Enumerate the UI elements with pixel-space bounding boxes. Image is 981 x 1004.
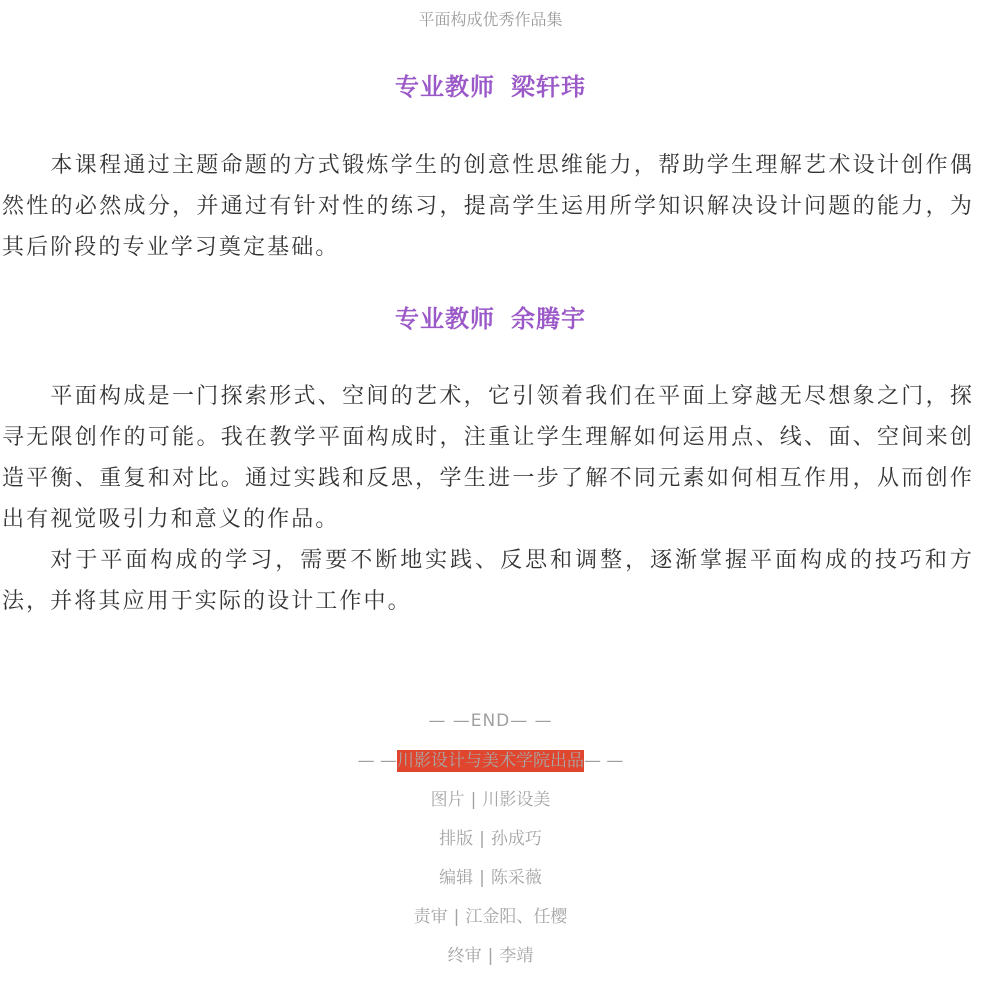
credit-separator: |	[482, 946, 500, 966]
credit-separator: |	[448, 907, 466, 927]
credit-line-editor: 编辑|陈采薇	[0, 866, 981, 890]
produced-suffix-dashes: — —	[584, 751, 623, 771]
credit-names: 孙成巧	[491, 829, 542, 849]
section-2-paragraph-2: 对于平面构成的学习，需要不断地实践、反思和调整，逐渐掌握平面构成的技巧和方法，并…	[2, 540, 974, 622]
heading-role: 专业教师	[395, 305, 495, 333]
credit-line-reviewer: 责审|江金阳、任樱	[0, 905, 981, 929]
credit-role: 责审	[414, 907, 448, 927]
section-2-paragraph-1: 平面构成是一门探索形式、空间的艺术，它引领着我们在平面上穿越无尽想象之门，探寻无…	[2, 376, 974, 540]
credit-line-final-reviewer: 终审|李靖	[0, 944, 981, 968]
produced-prefix-dashes: — —	[358, 751, 397, 771]
credit-names: 川影设美	[482, 790, 550, 810]
section-2-heading-wrap: 专业教师余腾宇	[0, 303, 981, 335]
credit-names: 江金阳、任樱	[465, 907, 567, 927]
section-1-heading: 专业教师梁轩玮	[391, 71, 590, 103]
credit-role: 编辑	[439, 868, 473, 888]
credit-role: 图片	[431, 790, 465, 810]
section-1-body: 本课程通过主题命题的方式锻炼学生的创意性思维能力，帮助学生理解艺术设计创作偶然性…	[2, 145, 974, 268]
credit-line-photos: 图片|川影设美	[0, 788, 981, 812]
end-marker: — —END— —	[0, 709, 981, 733]
credit-role: 终审	[448, 946, 482, 966]
heading-role: 专业教师	[395, 73, 495, 101]
section-1-heading-wrap: 专业教师梁轩玮	[0, 71, 981, 103]
credit-separator: |	[473, 829, 491, 849]
collection-caption: 平面构成优秀作品集	[0, 8, 981, 32]
produced-by-line: — —川影设计与美术学院出品— —	[0, 749, 981, 773]
heading-teacher-name: 余腾宇	[511, 305, 586, 333]
section-2-heading: 专业教师余腾宇	[391, 303, 590, 335]
section-1-paragraph-1: 本课程通过主题命题的方式锻炼学生的创意性思维能力，帮助学生理解艺术设计创作偶然性…	[2, 145, 974, 268]
credit-separator: |	[473, 868, 491, 888]
credit-names: 李靖	[499, 946, 533, 966]
credit-line-layout: 排版|孙成巧	[0, 827, 981, 851]
section-2-body: 平面构成是一门探索形式、空间的艺术，它引领着我们在平面上穿越无尽想象之门，探寻无…	[2, 376, 974, 622]
credit-role: 排版	[439, 829, 473, 849]
credit-names: 陈采薇	[491, 868, 542, 888]
produced-by-org: 川影设计与美术学院出品	[397, 750, 584, 772]
heading-teacher-name: 梁轩玮	[511, 73, 586, 101]
credit-separator: |	[465, 790, 483, 810]
